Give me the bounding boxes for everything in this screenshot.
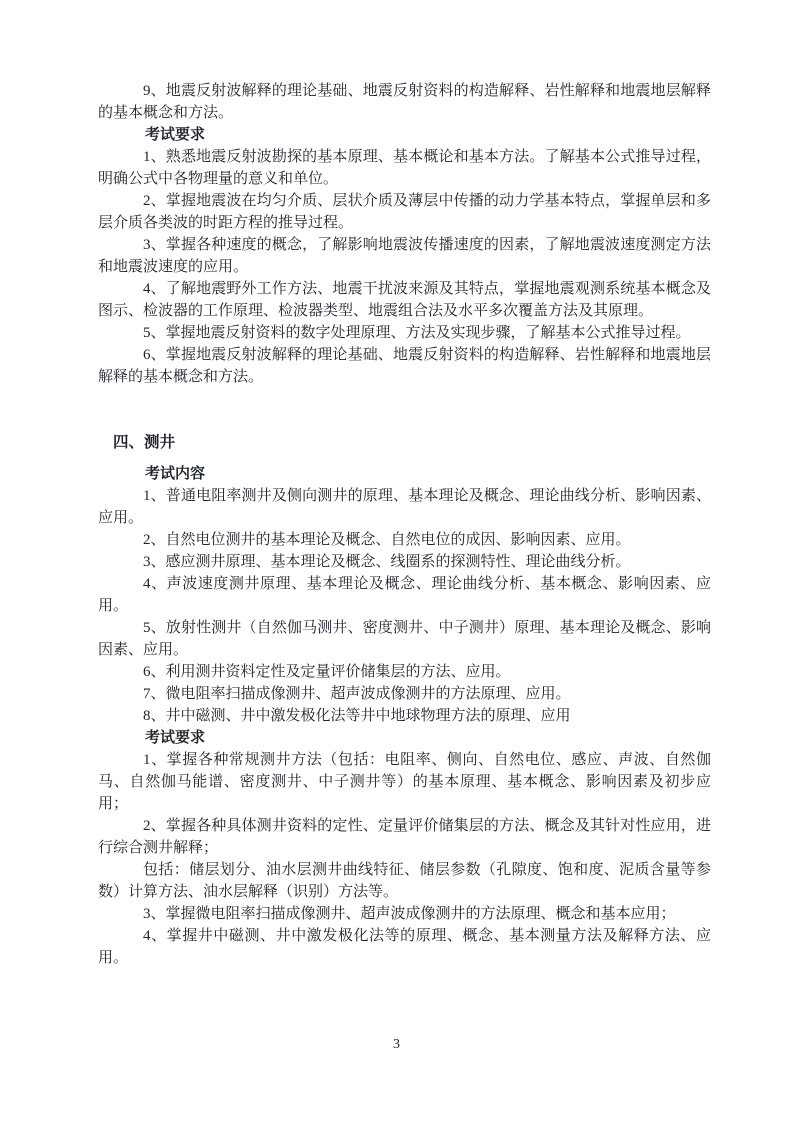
paragraph: 1、熟悉地震反射波勘探的基本原理、基本概论和基本方法。了解基本公式推导过程，明确… [98, 146, 711, 190]
paragraph: 9、地震反射波解释的理论基础、地震反射资料的构造解释、岩性解释和地震地层解释的基… [98, 80, 711, 124]
paragraph: 2、自然电位测井的基本理论及概念、自然电位的成因、影响因素、应用。 [98, 529, 711, 551]
page-number: 3 [0, 1036, 793, 1054]
paragraph: 2、掌握各种具体测井资料的定性、定量评价储集层的方法、概念及其针对性应用，进行综… [98, 815, 711, 859]
document-page: 9、地震反射波解释的理论基础、地震反射资料的构造解释、岩性解释和地震地层解释的基… [0, 0, 793, 1121]
paragraph: 4、声波速度测井原理、基本理论及概念、理论曲线分析、基本概念、影响因素、应用。 [98, 573, 711, 617]
subheading: 考试要求 [98, 124, 711, 146]
paragraph: 6、利用测井资料定性及定量评价储集层的方法、应用。 [98, 661, 711, 683]
paragraph: 4、了解地震野外工作方法、地震干扰波来源及其特点，掌握地震观测系统基本概念及图示… [98, 278, 711, 322]
section-heading: 四、测井 [98, 432, 711, 454]
subheading: 考试内容 [98, 463, 711, 485]
paragraph: 5、掌握地震反射资料的数字处理原理、方法及实现步骤，了解基本公式推导过程。 [98, 322, 711, 344]
paragraph: 6、掌握地震反射波解释的理论基础、地震反射资料的构造解释、岩性解释和地震地层解释… [98, 344, 711, 388]
paragraph: 7、微电阻率扫描成像测井、超声波成像测井的方法原理、应用。 [98, 683, 711, 705]
paragraph: 2、掌握地震波在均匀介质、层状介质及薄层中传播的动力学基本特点，掌握单层和多层介… [98, 190, 711, 234]
paragraph: 3、感应测井原理、基本理论及概念、线圈系的探测特性、理论曲线分析。 [98, 551, 711, 573]
paragraph: 3、掌握各种速度的概念，了解影响地震波传播速度的因素，了解地震波速度测定方法和地… [98, 234, 711, 278]
paragraph: 5、放射性测井（自然伽马测井、密度测井、中子测井）原理、基本理论及概念、影响因素… [98, 617, 711, 661]
paragraph: 包括：储层划分、油水层测井曲线特征、储层参数（孔隙度、饱和度、泥质含量等参数）计… [98, 859, 711, 903]
subheading: 考试要求 [98, 727, 711, 749]
document-body: 9、地震反射波解释的理论基础、地震反射资料的构造解释、岩性解释和地震地层解释的基… [98, 80, 711, 969]
paragraph: 3、掌握微电阻率扫描成像测井、超声波成像测井的方法原理、概念和基本应用； [98, 903, 711, 925]
paragraph: 1、普通电阻率测井及侧向测井的原理、基本理论及概念、理论曲线分析、影响因素、应用… [98, 485, 711, 529]
paragraph: 8、井中磁测、井中激发极化法等井中地球物理方法的原理、应用 [98, 705, 711, 727]
paragraph: 4、掌握井中磁测、井中激发极化法等的原理、概念、基本测量方法及解释方法、应用。 [98, 925, 711, 969]
paragraph: 1、掌握各种常规测井方法（包括：电阻率、侧向、自然电位、感应、声波、自然伽马、自… [98, 749, 711, 815]
